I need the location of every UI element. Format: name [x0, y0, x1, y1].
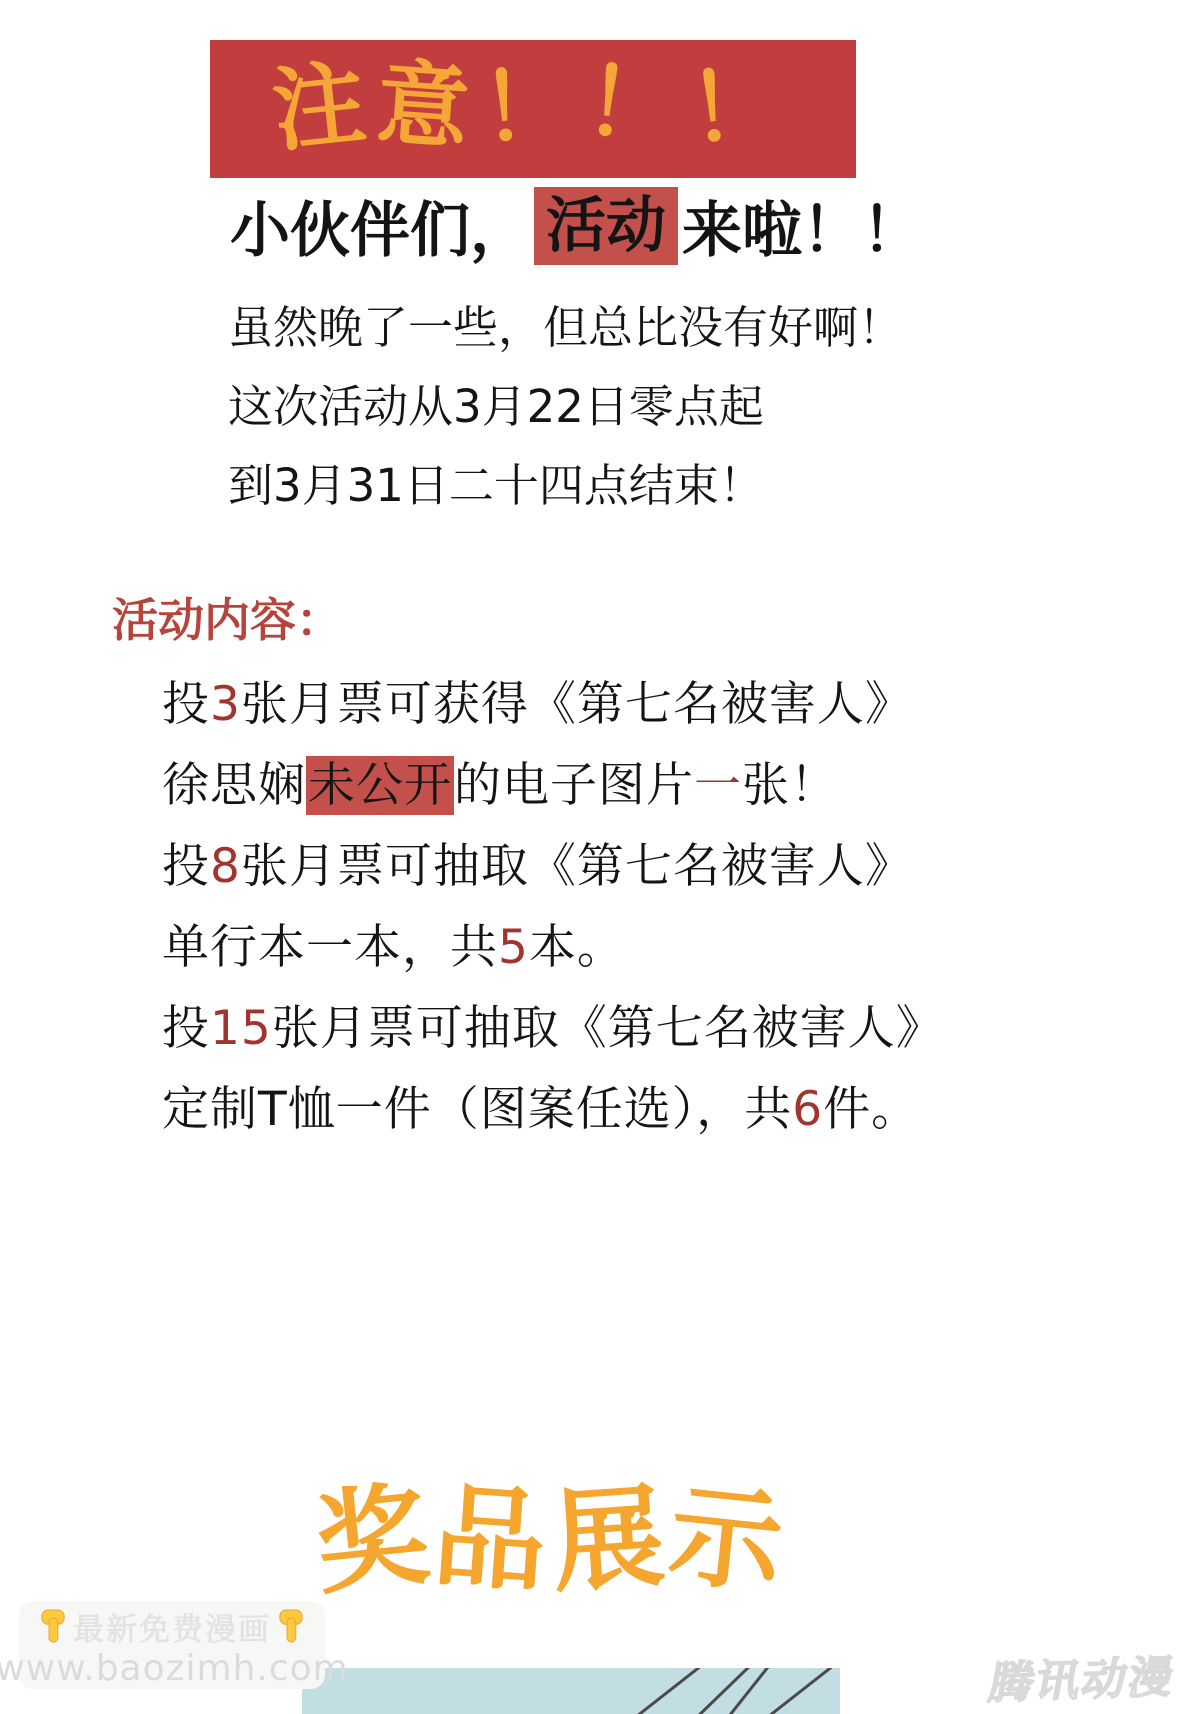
- rule-text: 投: [162, 677, 210, 732]
- rule-number: 15: [210, 1001, 272, 1056]
- title-char: ！: [478, 57, 588, 156]
- rule-number: 5: [498, 920, 529, 975]
- tencent-comics-logo: 腾讯动漫: [985, 1641, 1182, 1711]
- prize-photo: [302, 1668, 840, 1714]
- rule-number: 8: [210, 839, 241, 894]
- intro-paragraph: 虽然晚了一些，但总比没有好啊！ 这次活动从3月22日零点起 到3月31日二十四点…: [228, 288, 903, 525]
- intro-line: 虽然晚了一些，但总比没有好啊！: [228, 288, 903, 367]
- title-char: 示: [664, 1470, 795, 1610]
- subtitle-pre: 小伙伴们，: [230, 183, 530, 269]
- title-char: ！: [580, 56, 693, 158]
- rules-list: 投3张月票可获得《第七名被害人》徐思娴未公开的电子图片一张！投8张月票可抽取《第…: [162, 664, 944, 1150]
- rule-text: 投: [162, 839, 210, 894]
- announcement-page: 注意！！！ 小伙伴们， 活动 来啦！！ 虽然晚了一些，但总比没有好啊！ 这次活动…: [0, 0, 1200, 1714]
- hand-pointing-down-icon: [37, 1608, 69, 1644]
- rule-text: 的电子图片: [454, 758, 694, 813]
- subtitle-line: 小伙伴们， 活动 来啦！！: [230, 182, 922, 270]
- rule-text: 张月票可获得《第七名被害人》: [241, 677, 913, 732]
- prize-section-title: 奖品展示: [316, 1476, 876, 1605]
- rule-text: 件。: [823, 1082, 919, 1137]
- title-char: 注: [268, 56, 381, 158]
- rule-text: 张月票可抽取《第七名被害人》: [272, 1001, 944, 1056]
- title-char: 奖: [310, 1470, 441, 1610]
- watermark-url: www.baozimh.com: [0, 1651, 349, 1687]
- title-char: 意: [374, 57, 484, 156]
- rule-number: 3: [210, 677, 241, 732]
- section-label: 活动内容：: [112, 584, 342, 650]
- watermark-title-row: 最新免费漫画: [37, 1604, 307, 1649]
- rule-line: 定制T恤一件（图案任选），共6件。: [162, 1069, 944, 1150]
- rule-text: 定制T恤一件（图案任选），共: [162, 1082, 792, 1137]
- rule-highlight: 未公开: [306, 756, 454, 815]
- watermark-box: 最新免费漫画 www.baozimh.com: [19, 1601, 325, 1689]
- intro-line: 到3月31日二十四点结束！: [228, 446, 903, 525]
- rule-text: 投: [162, 1001, 210, 1056]
- rule-text: 徐思娴: [162, 758, 306, 813]
- rule-line: 投8张月票可抽取《第七名被害人》: [162, 826, 944, 907]
- title-char: 品: [430, 1472, 557, 1609]
- rule-text: 张月票可抽取《第七名被害人》: [241, 839, 913, 894]
- hand-pointing-down-icon: [275, 1608, 307, 1644]
- subtitle-highlight: 活动: [534, 187, 678, 265]
- rule-line: 单行本一本，共5本。: [162, 907, 944, 988]
- rule-text: 张！: [742, 758, 838, 813]
- intro-line: 这次活动从3月22日零点起: [228, 367, 903, 446]
- rule-text: 本。: [529, 920, 625, 975]
- watermark-site-name: 最新免费漫画: [73, 1604, 271, 1649]
- rule-line: 徐思娴未公开的电子图片一张！: [162, 745, 944, 826]
- title-char: ！: [685, 57, 797, 158]
- rule-number: 6: [792, 1082, 823, 1137]
- subtitle-post: 来啦！！: [682, 183, 922, 269]
- rule-number: 一: [694, 758, 742, 813]
- attention-banner: 注意！！！: [210, 40, 856, 178]
- rule-line: 投15张月票可抽取《第七名被害人》: [162, 988, 944, 1069]
- attention-banner-title: 注意！！！: [273, 61, 793, 153]
- rule-line: 投3张月票可获得《第七名被害人》: [162, 664, 944, 745]
- rule-text: 单行本一本，共: [162, 920, 498, 975]
- title-char: 展: [548, 1472, 675, 1609]
